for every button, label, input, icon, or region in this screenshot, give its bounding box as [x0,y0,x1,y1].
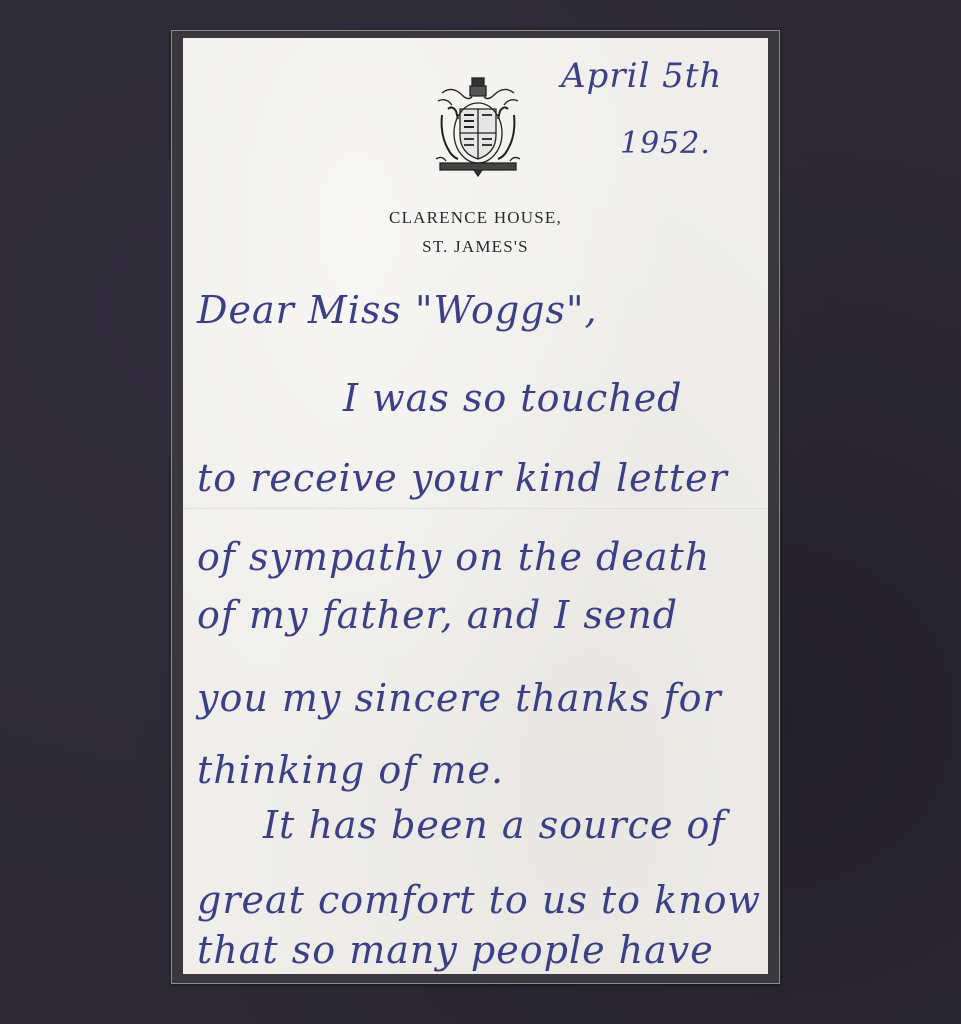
date-year: 1952. [620,126,711,161]
letter-paper: CLARENCE HOUSE, ST. JAMES'S April 5th 19… [183,38,768,974]
body-line: that so many people have [197,928,714,972]
royal-coat-of-arms-icon [434,75,522,177]
date-month-day: April 5th [561,56,722,96]
letterhead-address-line1: CLARENCE HOUSE, [183,208,768,228]
letterhead-address-line2: ST. JAMES'S [183,237,768,257]
fold-crease [183,506,768,509]
body-line: It has been a source of [263,803,725,847]
body-line: of sympathy on the death [197,535,710,579]
body-line: great comfort to us to know [197,878,761,922]
body-line: of my father, and I send [197,593,678,637]
body-line: you my sincere thanks for [197,676,722,720]
body-line: I was so touched [343,376,683,420]
salutation: Dear Miss "Woggs", [197,288,598,332]
body-line: thinking of me. [197,748,504,792]
body-line: to receive your kind letter [197,456,728,500]
